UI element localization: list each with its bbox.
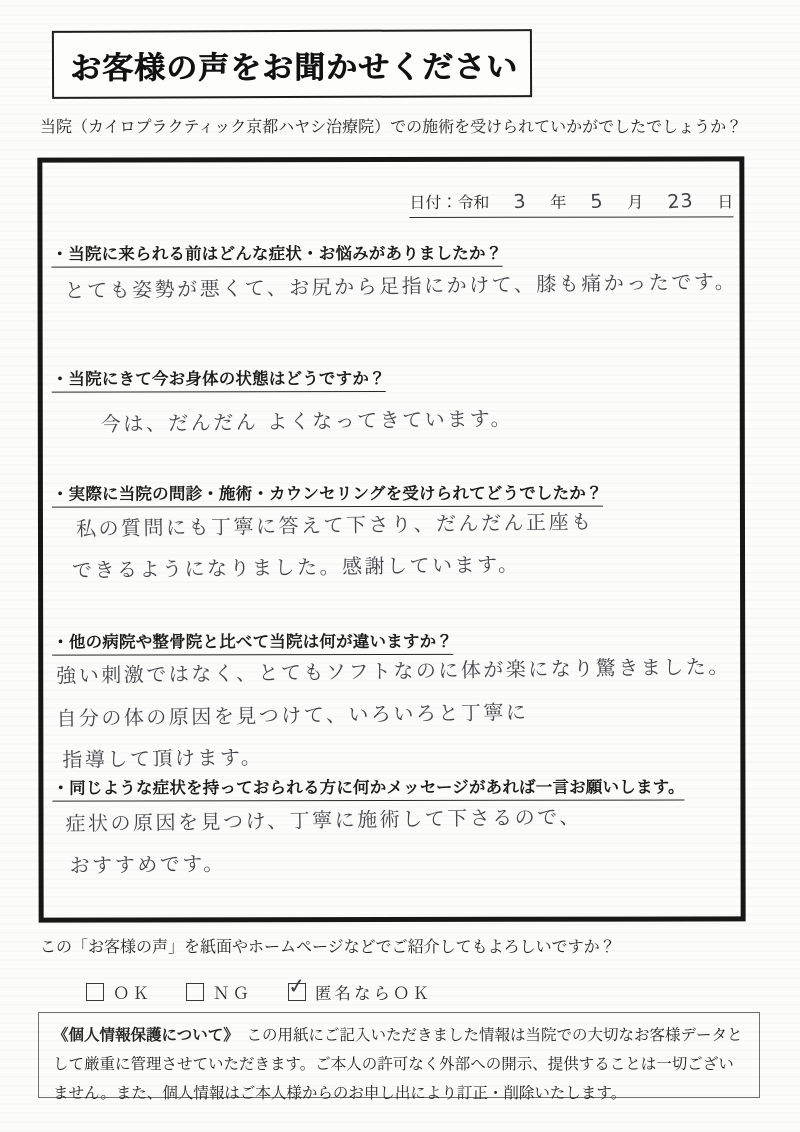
form-main-box: 日付：令和 3 年 5 月 23 日 ・当院に来られる前はどんな症状・お悩みがあ… (37, 156, 745, 922)
date-month-value: 5 (590, 190, 605, 213)
date-month-unit: 月 (627, 190, 643, 213)
question-5-answer-line-1: 症状の原因を見つけ、丁寧に施術して下さるので、 (65, 801, 582, 837)
title-box: お客様の声をお聞かせください (52, 29, 532, 99)
question-1-answer: とても姿勢が悪くて、お尻から足指にかけて、膝も痛かったです。 (64, 265, 737, 303)
question-3-answer-line-1: 私の質問にも丁寧に答えて下さり、だんだん正座も (76, 505, 594, 541)
question-2-label: ・当院にきて今お身体の状態はどうですか？ (52, 365, 386, 393)
question-3-answer-line-2: できるようになりました。感謝しています。 (72, 548, 521, 583)
question-5-label: ・同じような症状を持っておられる方に何かメッセージがあれば一言お願いします。 (52, 773, 684, 801)
date-prefix-label: 日付：令和 (409, 190, 489, 213)
checkbox-ng-icon[interactable] (186, 983, 204, 1001)
consent-question: この「お客様の声」を紙面やホームページなどでご紹介してもよろしいですか？ (40, 934, 616, 957)
question-2-answer: 今は、だんだん よくなってきています。 (101, 402, 514, 437)
consent-option-ng[interactable]: ＮＧ (186, 980, 252, 1004)
date-row: 日付：令和 3 年 5 月 23 日 (409, 189, 733, 218)
date-year-unit: 年 (550, 190, 566, 213)
consent-option-ok-label: ＯＫ (113, 980, 152, 1004)
privacy-notice-text: 《個人情報保護について》 この用紙にご記入いただきました情報は当院での大切なお客… (53, 1021, 745, 1108)
privacy-notice-heading: 《個人情報保護について》 (53, 1027, 231, 1044)
check-mark-icon: ✓ (287, 975, 310, 998)
question-4-answer-line-1: 強い刺激ではなく、とてもソフトなのに体が楽になり驚きました。 (56, 650, 731, 688)
feedback-form-page: お客様の声をお聞かせください 当院（カイロプラクティック京都ハヤシ治療院）での施… (0, 0, 800, 1132)
page-title: お客様の声をお聞かせください (54, 41, 518, 88)
question-4-label: ・他の病院や整骨院と比べて当院は何が違いますか？ (52, 628, 453, 656)
question-3-label: ・実際に当院の問診・施術・カウンセリングを受けられてどうでしたか？ (52, 480, 603, 508)
checkbox-ok-icon[interactable] (86, 983, 104, 1001)
question-5-answer-line-2: おすすめです。 (69, 847, 225, 878)
checkbox-anonymous-ok-icon[interactable]: ✓ (288, 983, 306, 1001)
consent-option-ok[interactable]: ＯＫ (86, 980, 152, 1004)
consent-option-anonymous-ok-label: 匿名ならＯＫ (315, 980, 432, 1004)
question-1-label: ・当院に来られる前はどんな症状・お悩みがありましたか？ (51, 240, 502, 268)
form-subtitle: 当院（カイロプラクティック京都ハヤシ治療院）での施術を受けられていかがでしたでし… (40, 114, 780, 137)
date-year-value: 3 (513, 190, 528, 213)
question-4-answer-line-3: 指導して頂けます。 (62, 741, 263, 773)
consent-option-ng-label: ＮＧ (213, 980, 252, 1004)
question-4-answer-line-2: 自分の体の原因を見つけて、いろいろと丁寧に (56, 696, 528, 732)
date-day-value: 23 (667, 190, 695, 214)
date-day-unit: 日 (717, 189, 733, 212)
privacy-notice-box: 《個人情報保護について》 この用紙にご記入いただきました情報は当院での大切なお客… (38, 1012, 760, 1098)
consent-option-anonymous-ok[interactable]: ✓ 匿名ならＯＫ (288, 980, 432, 1004)
